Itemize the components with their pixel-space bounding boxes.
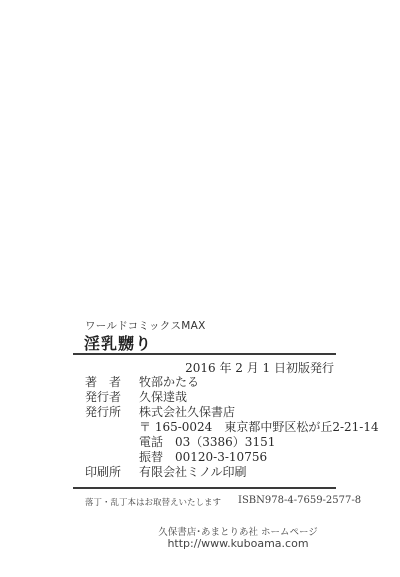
publisher-person-value: 久保達哉 xyxy=(139,390,187,405)
replacement-notice: 落丁・乱丁本はお取替えいたします xyxy=(85,496,221,508)
author-value: 牧部かたる xyxy=(139,375,199,390)
isbn: ISBN978-4-7659-2577-8 xyxy=(238,495,361,506)
top-rule-divider xyxy=(73,353,336,355)
publisher-company-value: 株式会社久保書店 xyxy=(139,405,235,420)
author-label: 著 者 xyxy=(85,375,135,390)
printer-label: 印刷所 xyxy=(85,465,135,480)
publisher-person-label: 発行者 xyxy=(85,390,135,405)
phone-value: 電話 03（3386）3151 xyxy=(139,435,275,450)
publication-date: 2016 年 2 月 1 日初版発行 xyxy=(185,359,334,376)
homepage-label: 久保書店･あまとりあ社 ホームページ xyxy=(38,524,400,538)
bottom-rule-divider xyxy=(73,487,336,489)
address-value: 〒 165-0024 東京都中野区松が丘2-21-14 xyxy=(139,420,379,435)
transfer-value: 振替 00120-3-10756 xyxy=(139,450,267,465)
printer-value: 有限会社ミノル印刷 xyxy=(139,465,247,480)
book-title: 淫乳嬲り xyxy=(84,331,152,354)
publisher-company-label: 発行所 xyxy=(85,405,135,420)
homepage-url: http://www.kuboama.com xyxy=(38,537,400,550)
